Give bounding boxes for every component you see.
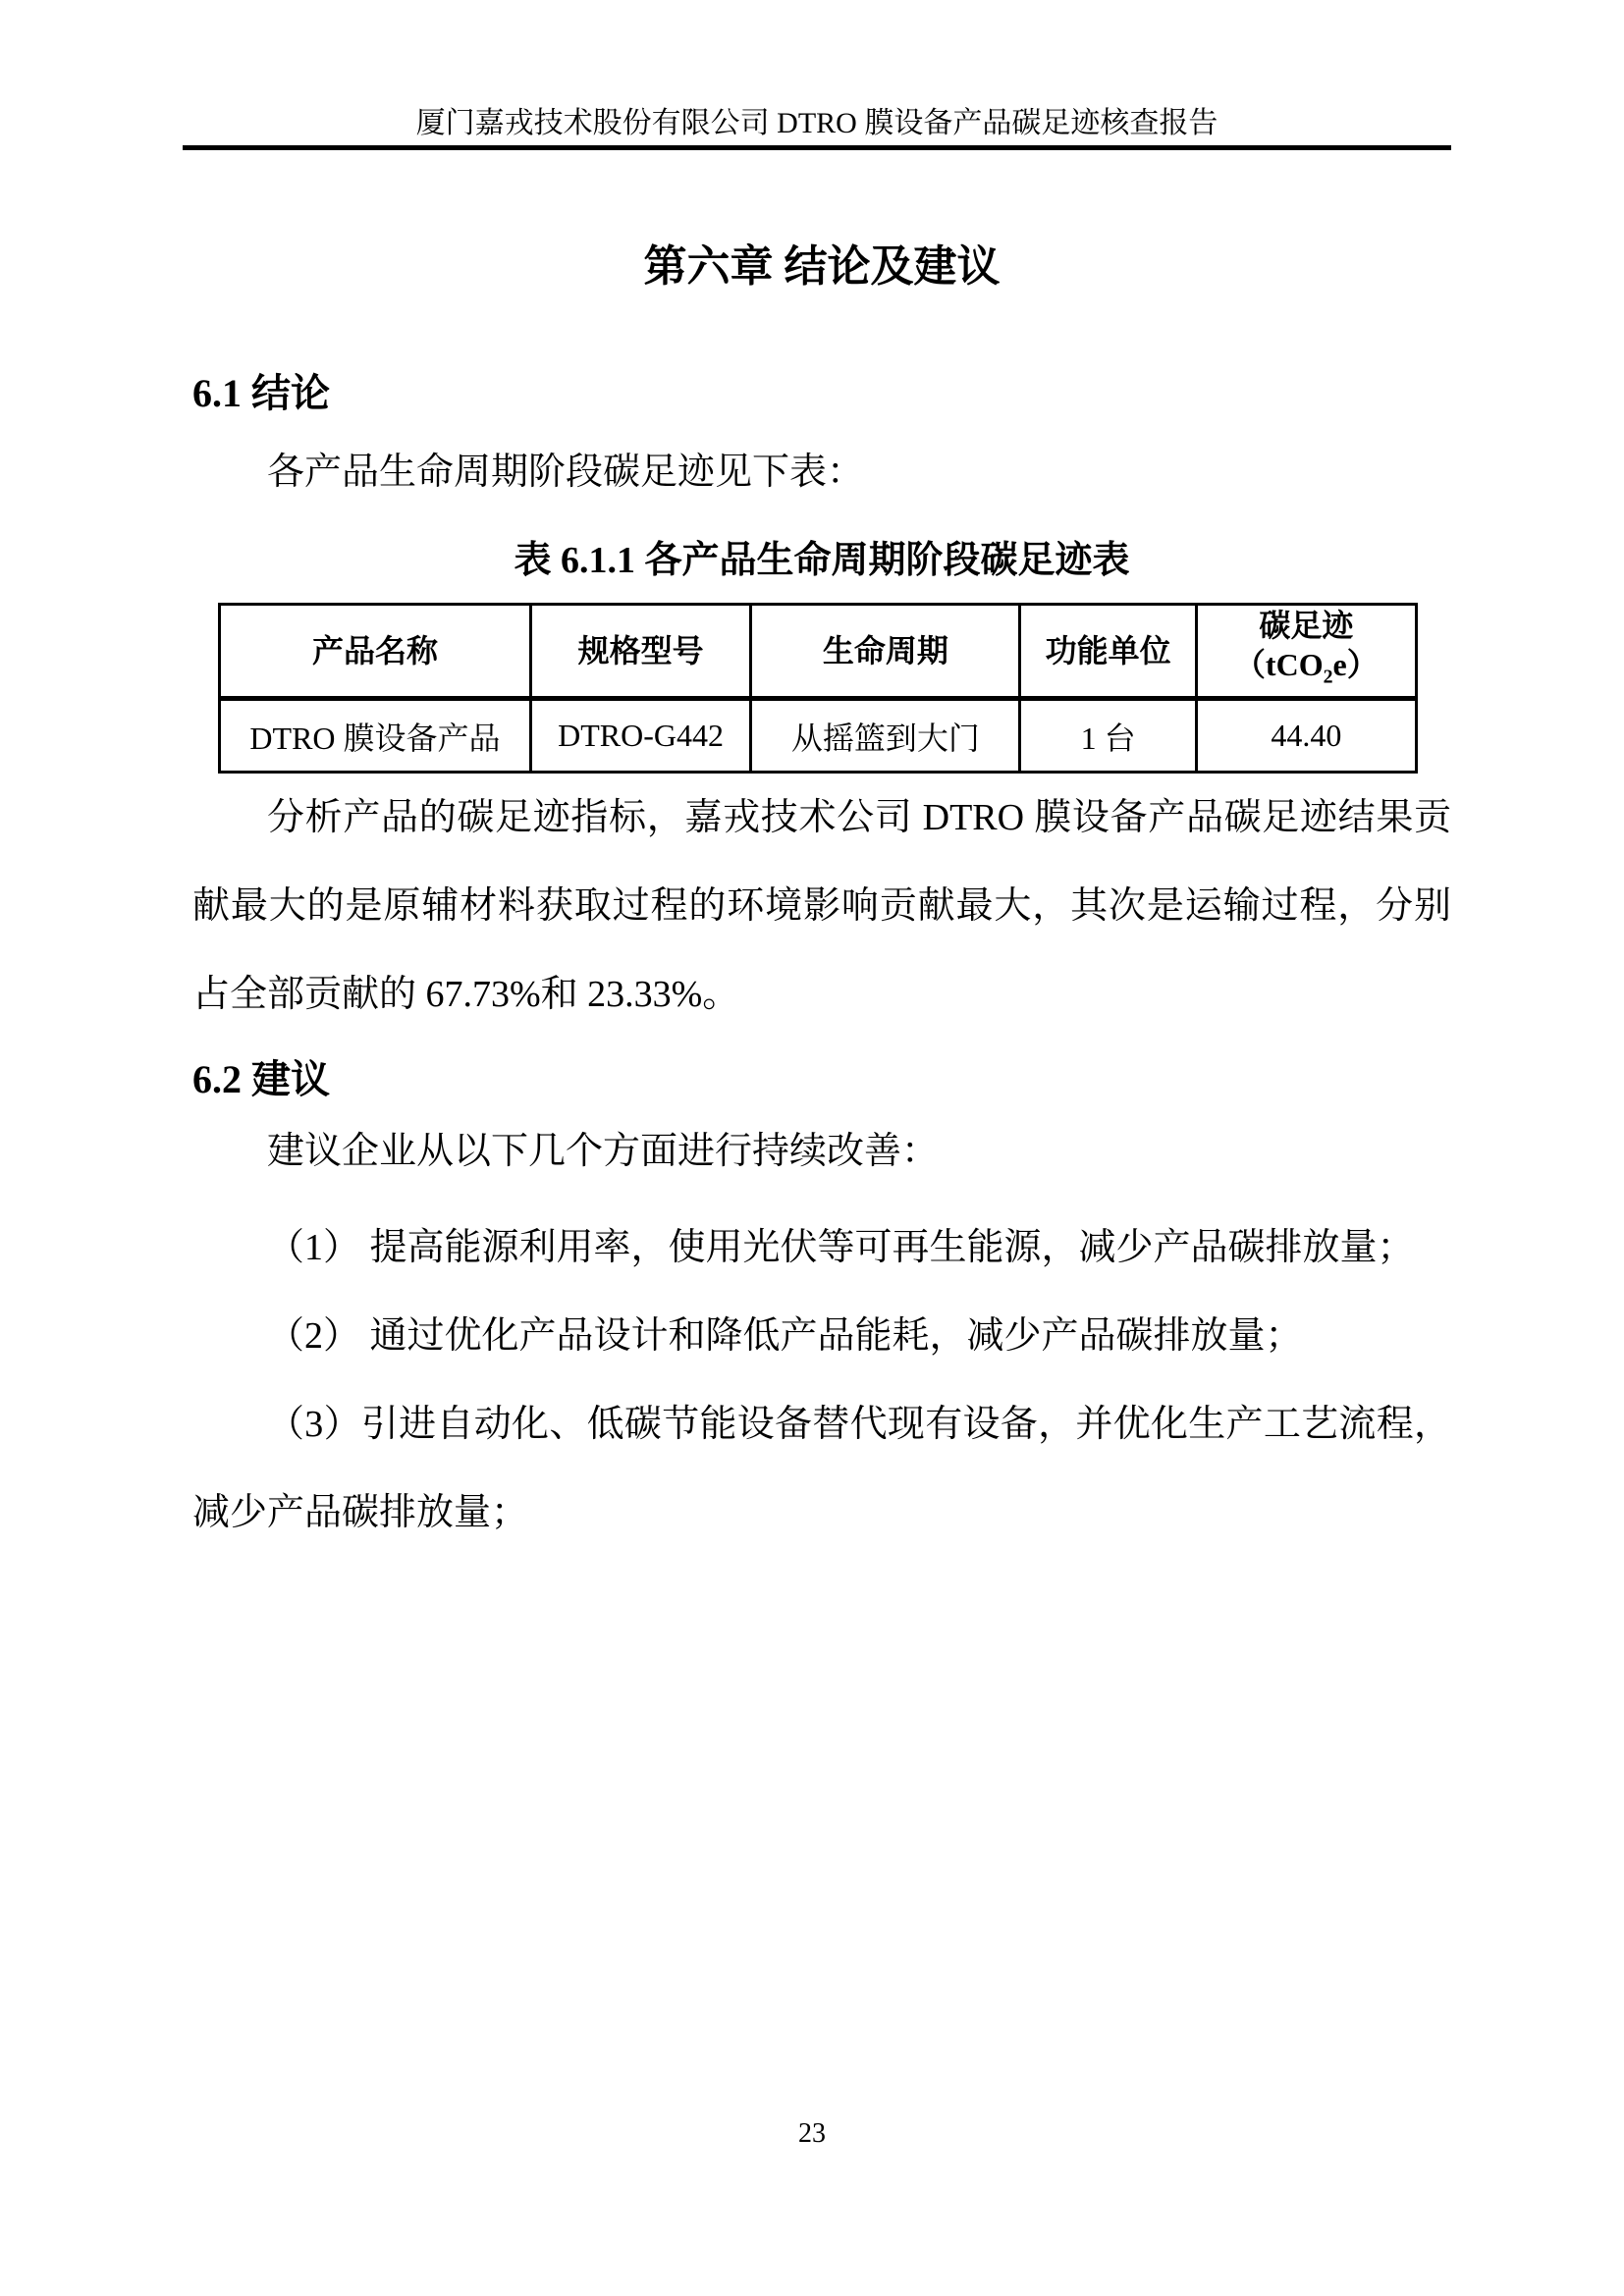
cell-model: DTRO-G442 — [530, 699, 750, 773]
table-row: DTRO 膜设备产品 DTRO-G442 从摇篮到大门 1 台 44.40 — [220, 699, 1417, 773]
running-header-text: 厦门嘉戎技术股份有限公司 DTRO 膜设备产品碳足迹核查报告 — [416, 106, 1218, 141]
carbon-footprint-unit-open: （tCO — [1234, 647, 1324, 682]
carbon-footprint-unit-sub: 2 — [1324, 666, 1333, 687]
page-content: 第六章 结论及建议 6.1 结论 各产品生命周期阶段碳足迹见下表： 表 6.1.… — [192, 155, 1451, 1557]
chapter-title: 第六章 结论及建议 — [192, 238, 1451, 296]
cell-lifecycle: 从摇篮到大门 — [751, 699, 1020, 773]
document-page: 厦门嘉戎技术股份有限公司 DTRO 膜设备产品碳足迹核查报告 第六章 结论及建议… — [0, 0, 1624, 2296]
table-header-lifecycle: 生命周期 — [751, 605, 1020, 699]
table-caption: 表 6.1.1 各产品生命周期阶段碳足迹表 — [192, 533, 1451, 588]
table-header-model: 规格型号 — [530, 605, 750, 699]
cell-product-name: DTRO 膜设备产品 — [220, 699, 531, 773]
advice-item-2: （2） 通过优化产品设计和降低产品能耗，减少产品碳排放量； — [192, 1292, 1451, 1380]
cell-carbon-footprint-value: 44.40 — [1196, 699, 1416, 773]
page-number: 23 — [0, 2118, 1624, 2150]
carbon-footprint-label-line1: 碳足迹 — [1259, 608, 1353, 643]
section-6-1-intro: 各产品生命周期阶段碳足迹见下表： — [192, 445, 1451, 500]
carbon-footprint-table: 产品名称 规格型号 生命周期 功能单位 碳足迹 （tCO2e） DTRO 膜设备… — [218, 603, 1418, 774]
section-heading-6-2: 6.2 建议 — [192, 1052, 1451, 1107]
carbon-footprint-unit-close: e） — [1333, 647, 1379, 682]
running-header: 厦门嘉戎技术股份有限公司 DTRO 膜设备产品碳足迹核查报告 — [183, 0, 1451, 150]
table-header-functional-unit: 功能单位 — [1020, 605, 1196, 699]
advice-item-1: （1） 提高能源利用率，使用光伏等可再生能源，减少产品碳排放量； — [192, 1203, 1451, 1292]
table-header-row: 产品名称 规格型号 生命周期 功能单位 碳足迹 （tCO2e） — [220, 605, 1417, 699]
advice-item-3: （3）引进自动化、低碳节能设备替代现有设备，并优化生产工艺流程，减少产品碳排放量… — [192, 1380, 1451, 1557]
section-6-2-intro: 建议企业从以下几个方面进行持续改善： — [192, 1107, 1451, 1196]
table-header-carbon-footprint: 碳足迹 （tCO2e） — [1196, 605, 1416, 699]
table-header-product-name: 产品名称 — [220, 605, 531, 699]
cell-functional-unit: 1 台 — [1020, 699, 1196, 773]
analysis-paragraph: 分析产品的碳足迹指标，嘉戎技术公司 DTRO 膜设备产品碳足迹结果贡献最大的是原… — [192, 774, 1451, 1039]
section-heading-6-1: 6.1 结论 — [192, 366, 1451, 421]
